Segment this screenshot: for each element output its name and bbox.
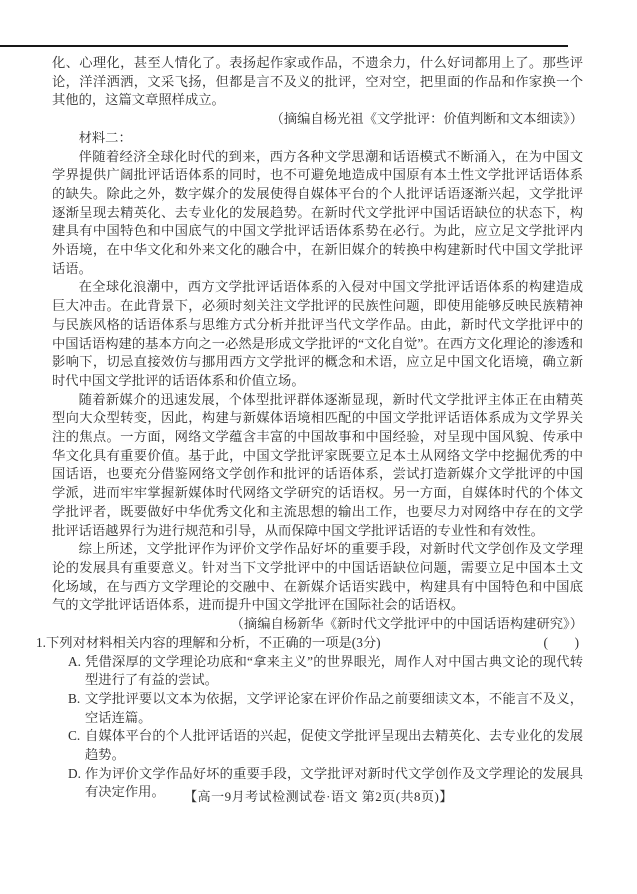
- option-c-label: C.: [68, 727, 80, 746]
- option-c-text: 自媒体平台的个人批评话语的兴起，促使文学批评呈现出去精英化、去专业化的发展趋势。: [85, 728, 583, 762]
- material-2-paragraph-4: 综上所述，文学批评作为评价文学作品好坏的重要手段，对新时代文学创作及文学理论的发…: [52, 540, 583, 615]
- content-column: 化、心理化，甚至人情化了。表扬起作家或作品，不遗余力，什么好词都用上了。那些评论…: [52, 54, 583, 802]
- source-attribution-1: （摘编自杨光祖《文学批评：价值判断和文本细读》）: [52, 110, 583, 129]
- intro-paragraph: 化、心理化，甚至人情化了。表扬起作家或作品，不遗余力，什么好词都用上了。那些评论…: [52, 54, 583, 110]
- option-a: A. 凭借深厚的文学理论功底和“拿来主义”的世界眼光，周作人对中国古典文论的现代…: [52, 653, 583, 690]
- material-2-label: 材料二：: [52, 129, 583, 148]
- option-a-text: 凭借深厚的文学理论功底和“拿来主义”的世界眼光，周作人对中国古典文论的现代转型进…: [85, 654, 583, 688]
- question-1-stem: 1.下列对材料相关内容的理解和分析，不正确的一项是(3分): [36, 634, 381, 653]
- exam-page: 化、心理化，甚至人情化了。表扬起作家或作品，不遗余力，什么好词都用上了。那些评论…: [0, 0, 637, 894]
- material-2-paragraph-1: 伴随着经济全球化时代的到来，西方各种文学思潮和话语模式不断涌入，在为中国文学界提…: [52, 148, 583, 279]
- source-attribution-2: （摘编自杨新华《新时代文学批评中的中国话语构建研究》）: [52, 615, 583, 634]
- option-b-text: 文学批评要以文本为依据，文学评论家在评价作品之前要细读文本，不能言不及义，空话连…: [85, 691, 583, 725]
- option-c: C. 自媒体平台的个人批评话语的兴起，促使文学批评呈现出去精英化、去专业化的发展…: [52, 727, 583, 764]
- material-2-paragraph-3: 随着新媒介的迅速发展，个体型批评群体逐渐显现，新时代文学批评主体正在由精英型向大…: [52, 391, 583, 541]
- answer-bracket: ( ): [544, 634, 579, 653]
- option-b-label: B.: [68, 690, 80, 709]
- option-a-label: A.: [68, 653, 81, 672]
- question-1: 1.下列对材料相关内容的理解和分析，不正确的一项是(3分) ( ) A. 凭借深…: [52, 634, 583, 802]
- page-footer: 【高一9月考试检测试卷·语文 第2页(共8页)】: [0, 786, 637, 805]
- option-b: B. 文学批评要以文本为依据，文学评论家在评价作品之前要细读文本，不能言不及义，…: [52, 690, 583, 727]
- material-2-paragraph-2: 在全球化浪潮中，西方文学批评话语体系的入侵对中国文学批评话语体系的构建造成巨大冲…: [52, 278, 583, 390]
- option-d-label: D.: [68, 765, 81, 784]
- question-1-stem-row: 1.下列对材料相关内容的理解和分析，不正确的一项是(3分) ( ): [36, 634, 583, 653]
- top-rule: [0, 45, 568, 47]
